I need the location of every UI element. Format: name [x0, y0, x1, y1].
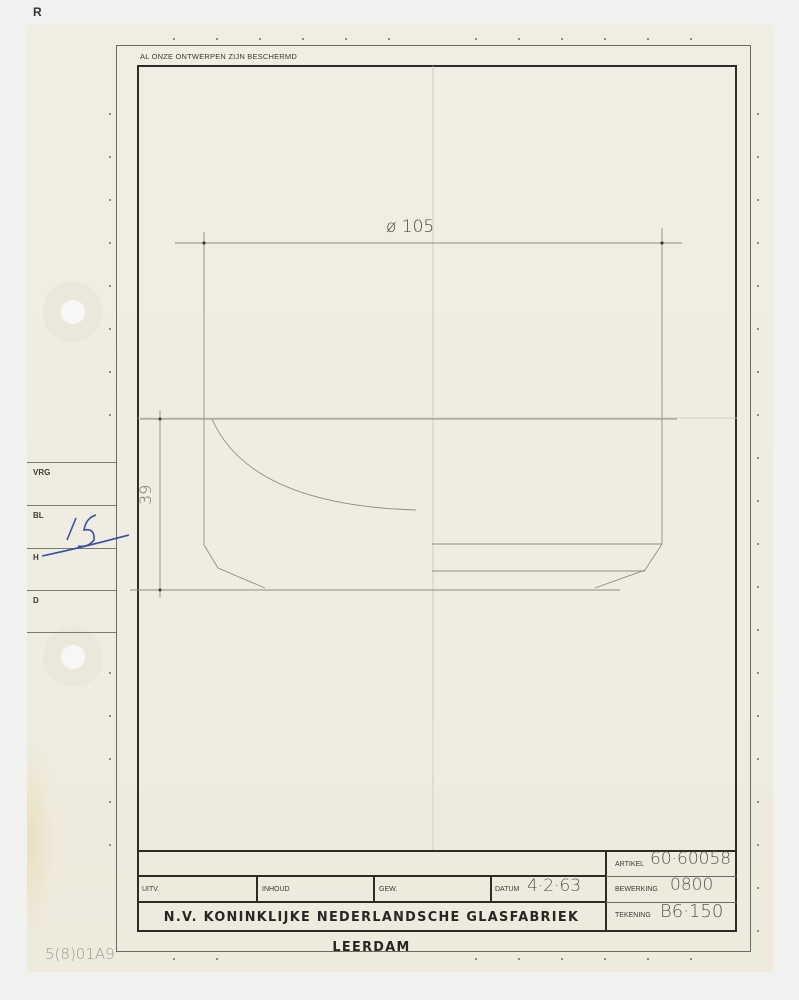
artikel-value: 60·60058 [650, 849, 731, 869]
bewerking-label: BEWERKING [615, 886, 658, 893]
artikel-label: ARTIKEL [615, 861, 644, 868]
datum-value: 4·2·63 [527, 876, 581, 896]
inhoud-label: INHOUD [262, 886, 290, 893]
uitv-label: UITV. [142, 886, 159, 893]
archive-number: 5(8)01A9 [45, 945, 115, 963]
blue-ink-stroke [42, 515, 129, 556]
company-name: N.V. KONINKLIJKE NEDERLANDSCHE GLASFABRI… [149, 902, 595, 932]
tekening-label: TEKENING [615, 912, 651, 919]
gew-label: GEW. [379, 886, 397, 893]
bewerking-value: 0800 [670, 875, 713, 895]
tekening-value: B6·150 [660, 901, 723, 922]
datum-label: DATUM [495, 886, 519, 893]
height-dimension: 39 [136, 485, 155, 505]
bowl-profile [130, 228, 682, 598]
diameter-dimension: ø 105 [386, 217, 434, 237]
